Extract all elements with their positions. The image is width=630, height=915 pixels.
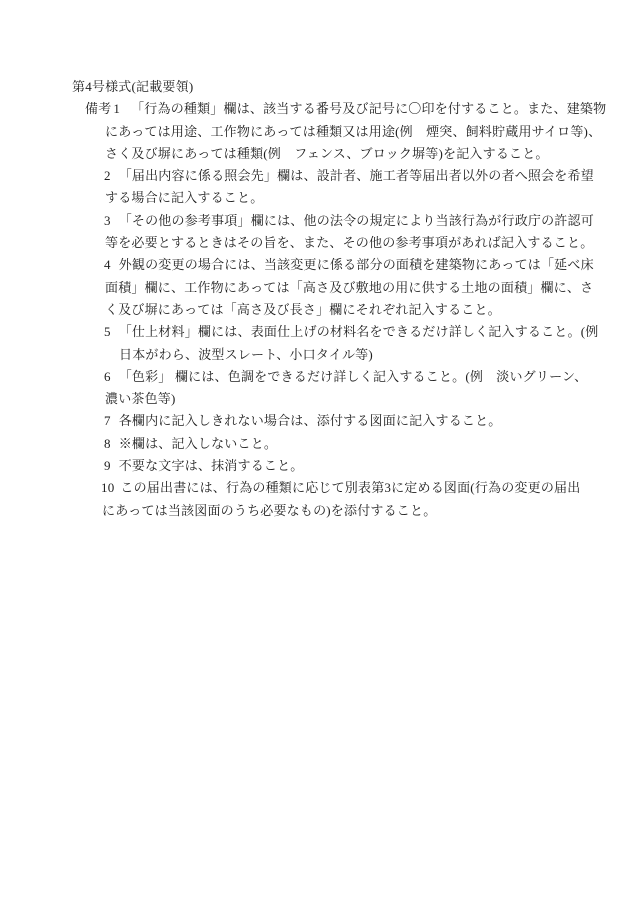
note-row: 4外観の変更の場合には、当該変更に係る部分の面積を建築物にあっては「延べ床 bbox=[0, 254, 630, 276]
note-number: 2 bbox=[104, 165, 111, 187]
note-number: 9 bbox=[104, 455, 111, 477]
note-row: 6「色彩」 欄には、色調をできるだけ詳しく記入すること。(例 淡いグリーン、 bbox=[0, 366, 630, 388]
note-number: 10 bbox=[101, 477, 114, 499]
note-number: 5 bbox=[104, 321, 111, 343]
note-line: にあっては当該図面のうち必要なもの)を添付すること。 bbox=[0, 500, 630, 522]
note-line: この届出書には、行為の種類に応じて別表第3に定める図面(行為の変更の届出 bbox=[120, 480, 580, 495]
note-line: 外観の変更の場合には、当該変更に係る部分の面積を建築物にあっては「延べ床 bbox=[119, 257, 594, 272]
note-line: 不要な文字は、抹消すること。 bbox=[119, 458, 304, 473]
note-row: 3「その他の参考事項」欄には、他の法令の規定により当該行為が行政庁の許認可 bbox=[0, 210, 630, 232]
note-row: 8※欄は、記入しないこと。 bbox=[0, 433, 630, 455]
note-line: 「行為の種類」欄は、該当する番号及び記号に〇印を付すること。また、建築物 bbox=[131, 101, 606, 116]
note-line: 「その他の参考事項」欄には、他の法令の規定により当該行為が行政庁の許認可 bbox=[119, 213, 594, 228]
remarks-label: 備考 bbox=[85, 101, 111, 116]
note-line: にあっては用途、工作物にあっては種類又は用途(例 煙突、飼料貯蔵用サイロ等)、 bbox=[0, 121, 630, 143]
form-title: 第4号様式(記載要領) bbox=[0, 76, 630, 98]
note-row: 備考1「行為の種類」欄は、該当する番号及び記号に〇印を付すること。また、建築物 bbox=[0, 98, 630, 120]
note-line: く及び塀にあっては「高さ及び長さ」欄にそれぞれ記入すること。 bbox=[0, 299, 630, 321]
note-line: する場合に記入すること。 bbox=[0, 187, 630, 209]
note-line: 「仕上材料」欄には、表面仕上げの材料名をできるだけ詳しく記入すること。(例 bbox=[119, 324, 599, 339]
note-number: 6 bbox=[104, 366, 111, 388]
note-line: 等を必要とするときはその旨を、また、その他の参考事項があれば記入すること。 bbox=[0, 232, 630, 254]
note-line: 各欄内に記入しきれない場合は、添付する図面に記入すること。 bbox=[119, 413, 502, 428]
note-number: 7 bbox=[104, 410, 111, 432]
note-line: 「届出内容に係る照会先」欄は、設計者、施工者等届出者以外の者へ照会を希望 bbox=[119, 168, 594, 183]
note-row: 5「仕上材料」欄には、表面仕上げの材料名をできるだけ詳しく記入すること。(例 bbox=[0, 321, 630, 343]
note-line: 日本がわら、波型スレート、小口タイル等) bbox=[0, 344, 630, 366]
note-number: 1 bbox=[113, 98, 120, 120]
note-row: 2「届出内容に係る照会先」欄は、設計者、施工者等届出者以外の者へ照会を希望 bbox=[0, 165, 630, 187]
note-row: 10この届出書には、行為の種類に応じて別表第3に定める図面(行為の変更の届出 bbox=[0, 477, 630, 499]
document-page: 第4号様式(記載要領) 備考1「行為の種類」欄は、該当する番号及び記号に〇印を付… bbox=[0, 0, 630, 915]
note-number: 3 bbox=[104, 210, 111, 232]
note-line: さく及び塀にあっては種類(例 フェンス、ブロック塀等)を記入すること。 bbox=[0, 143, 630, 165]
note-number: 4 bbox=[104, 254, 111, 276]
note-row: 7各欄内に記入しきれない場合は、添付する図面に記入すること。 bbox=[0, 410, 630, 432]
note-line: 面積」欄に、工作物にあっては「高さ及び敷地の用に供する土地の面積」欄に、さ bbox=[0, 277, 630, 299]
note-line: ※欄は、記入しないこと。 bbox=[119, 436, 277, 451]
note-line: 濃い茶色等) bbox=[0, 388, 630, 410]
note-number: 8 bbox=[104, 433, 111, 455]
note-line: 「色彩」 欄には、色調をできるだけ詳しく記入すること。(例 淡いグリーン、 bbox=[119, 369, 588, 384]
note-row: 9不要な文字は、抹消すること。 bbox=[0, 455, 630, 477]
remarks-section: 第4号様式(記載要領) 備考1「行為の種類」欄は、該当する番号及び記号に〇印を付… bbox=[0, 76, 630, 522]
